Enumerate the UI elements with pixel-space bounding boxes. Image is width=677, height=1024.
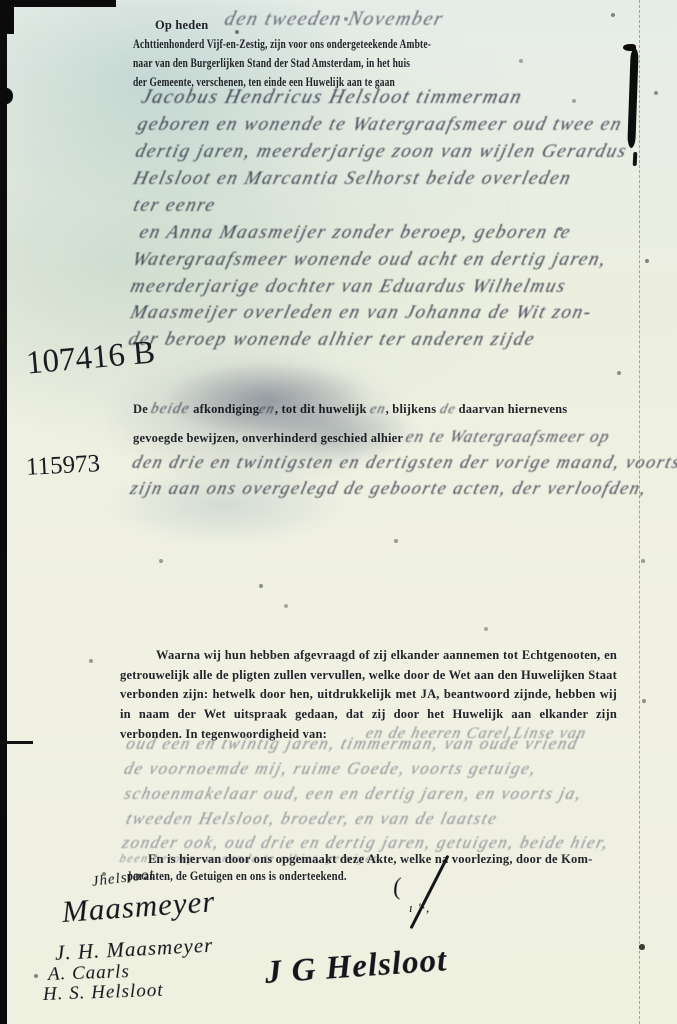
- pen-flourish-marks: ı ′·,: [409, 900, 430, 916]
- handwritten-line-witness: schoenmakelaar oud, een en dertig jaren,…: [122, 784, 584, 804]
- banns-handwritten: de: [438, 402, 458, 418]
- handwritten-line-witness: zonder ook, oud drie en dertig jaren, ge…: [120, 833, 611, 853]
- signature-comparant-large: Maasmeyer: [61, 883, 217, 930]
- handwritten-line-groom: Jacobus Hendricus Helsloot timmerman: [139, 86, 525, 109]
- closing-line1: En is hiervan door ons opgemaakt deze Ak…: [148, 852, 592, 867]
- handwritten-line-groom: Helsloot en Marcantia Selhorst beide ove…: [131, 168, 574, 190]
- handwritten-line-groom: dertig jaren, meerderjarige zoon van wij…: [133, 141, 630, 163]
- vows-paragraph: Waarna wij hun hebben afgevraagd of zij …: [120, 646, 617, 745]
- ink-streak-tail: [633, 152, 638, 166]
- handwritten-line-bride: meerderjarige dochter van Eduardus Wilhe…: [128, 276, 569, 298]
- margin-tick-mark: [0, 741, 33, 744]
- banns-handwritten-line: den drie en twintigsten en dertigsten de…: [130, 452, 677, 473]
- scanned-marriage-record: Op heden den tweeden November Achttienho…: [0, 0, 677, 1024]
- handwritten-line-witness: oud een en twintig jaren, timmerman, van…: [124, 734, 581, 754]
- scan-left-border: [0, 0, 7, 1024]
- handwritten-line-groom: geboren en wonende te Watergraafsmeer ou…: [135, 114, 625, 136]
- banns-line2: gevoegde bewijzen, onverhinderd geschied…: [133, 427, 610, 447]
- handwritten-line-bride: en Anna Maasmeijer zonder beroep, gebore…: [137, 222, 574, 244]
- banns-print: daarvan hiernevens: [459, 402, 568, 416]
- closing-line2: paranten, de Getuigen en ons is ondertee…: [127, 869, 347, 884]
- header-line: Achttienhonderd Vijf-en-Zestig, zijn voo…: [133, 37, 431, 52]
- signature-witness-1: J. H. Maasmeyer: [54, 933, 214, 966]
- signature-witness-3: H. S. Helsloot: [43, 980, 164, 1006]
- ink-streak: [627, 48, 638, 148]
- handwritten-line-witness: tweeden Helsloot, broeder, en van de laa…: [124, 809, 500, 829]
- banns-handwritten: beide: [149, 401, 192, 418]
- banns-handwritten-line: zijn aan ons overgelegd de geboorte acte…: [128, 478, 649, 499]
- scan-top-border: [0, 0, 116, 7]
- handwritten-line-bride: der beroep wonende alhier ter anderen zi…: [126, 329, 538, 351]
- dust-speckles: [0, 0, 2, 2]
- handwritten-line-groom: ter eenre: [131, 195, 218, 217]
- pen-flourish-open: (: [392, 874, 404, 902]
- page-fold-line: [639, 0, 640, 1024]
- banns-print: afkondiging: [193, 402, 259, 416]
- banns-print: , blijkens: [386, 402, 437, 416]
- handwritten-line-bride: Maasmeijer overleden en van Johanna de W…: [128, 302, 594, 324]
- banns-line1: De beide afkondigingen, tot dit huwelijk…: [133, 401, 567, 418]
- header-line: naar van den Burgerlijken Stand der Stad…: [133, 56, 410, 71]
- banns-handwritten: en te Watergraafsmeer op: [404, 427, 613, 447]
- margin-archive-number-bottom: 115973: [25, 450, 100, 482]
- banns-print: gevoegde bewijzen, onverhinderd geschied…: [133, 431, 403, 445]
- handwritten-date: den tweeden November: [222, 8, 446, 31]
- banns-print: De: [133, 402, 148, 416]
- signature-official: J G Helsloot: [264, 942, 449, 992]
- margin-archive-number-top: 107416 B: [25, 334, 157, 382]
- header-opening: Op heden: [155, 18, 208, 33]
- handwritten-line-bride: Watergraafsmeer wonende oud acht en dert…: [130, 249, 609, 271]
- scan-edge-nub: [0, 88, 13, 104]
- handwritten-line-witness: de voornoemde mij, ruime Goede, voorts g…: [122, 759, 539, 779]
- banns-print: , tot dit huwelijk: [275, 402, 367, 416]
